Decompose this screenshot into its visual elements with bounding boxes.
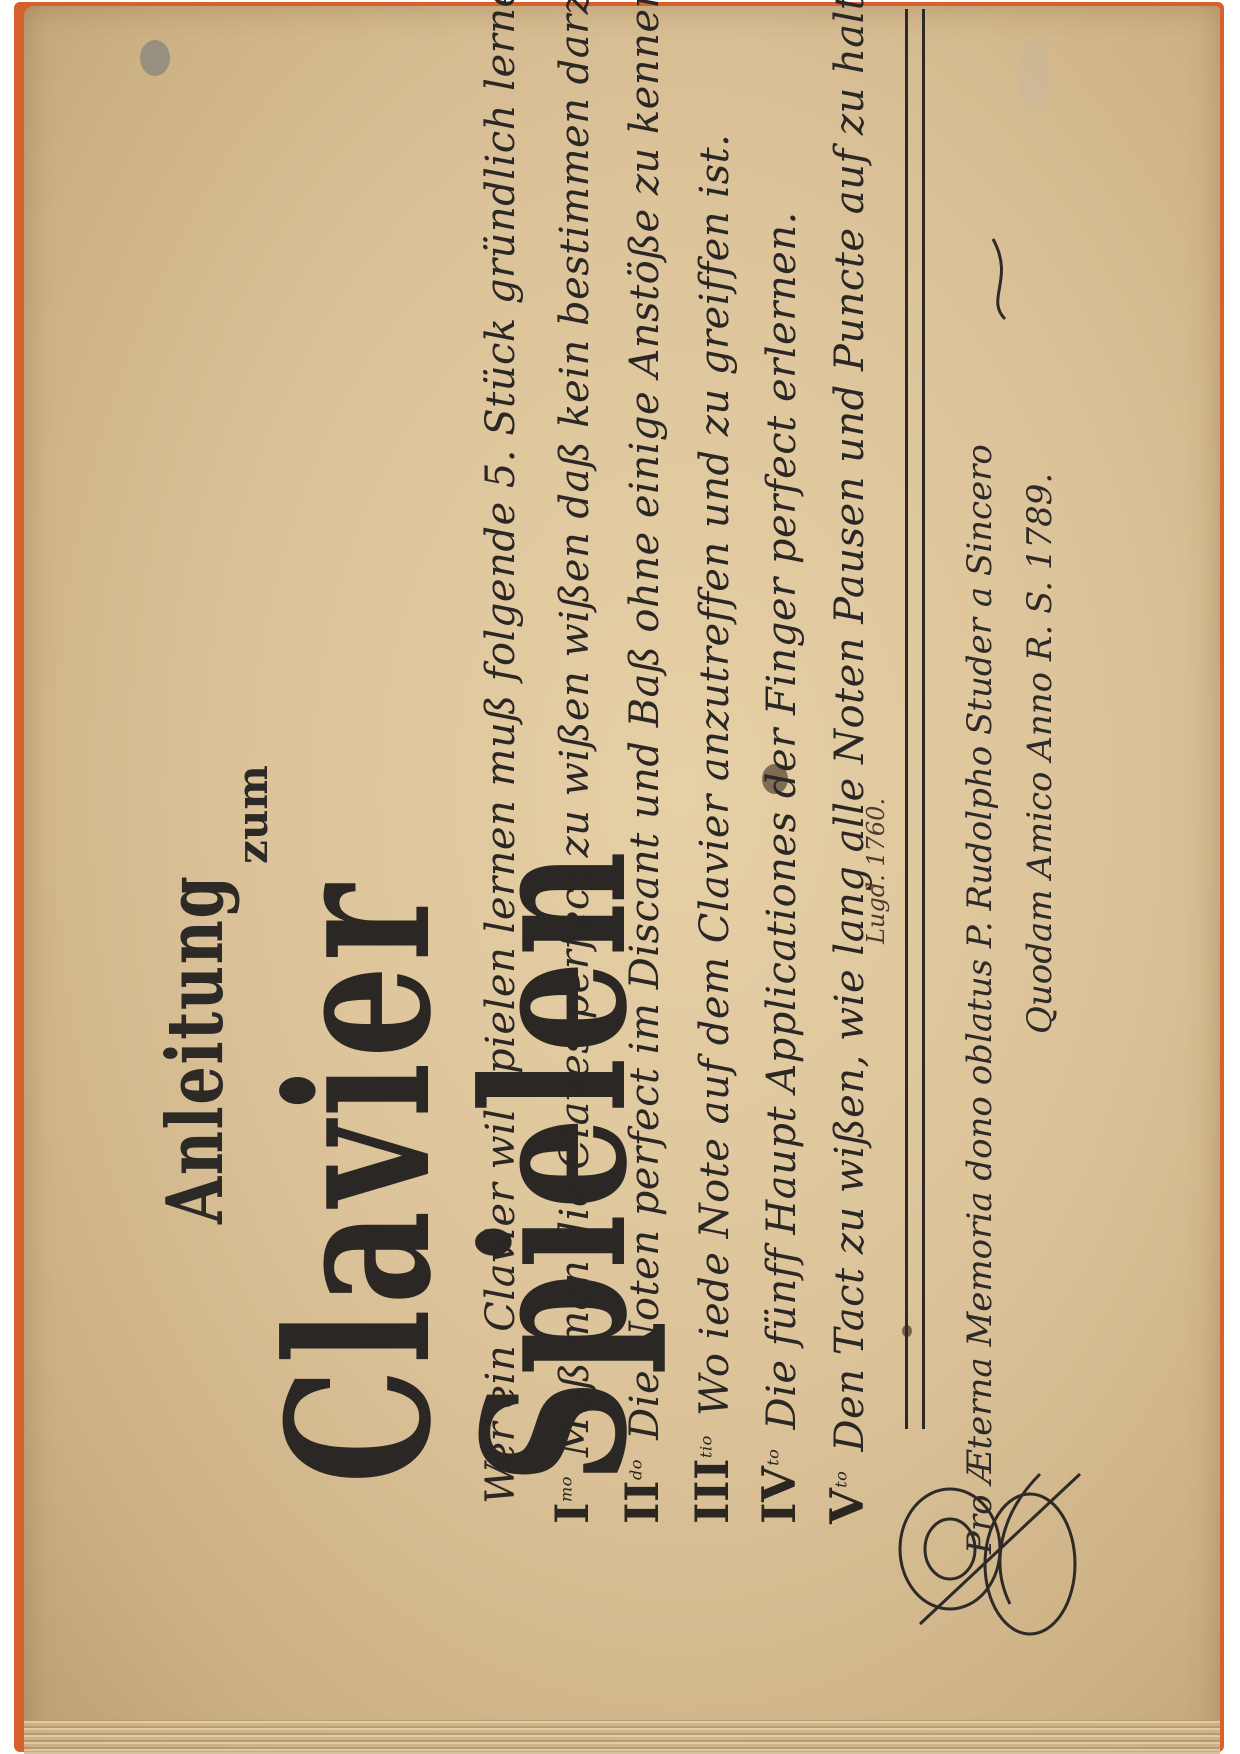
rule-numeral: IIItio xyxy=(685,1435,739,1524)
marginal-note: Lugd. 1760. xyxy=(862,798,890,944)
scanned-page: Anleitung zum Clavier Spielen Wer ein Cl… xyxy=(0,0,1240,1754)
rule-line-0: Wer ein Clavier wil spielen lernen muß f… xyxy=(478,0,524,1504)
rule-text: Den Tact zu wißen, wie lang alle Noten P… xyxy=(827,0,873,1452)
rule-numeral: IVto xyxy=(752,1449,806,1524)
rule-text: Die Noten perfect im Discant und Baß ohn… xyxy=(622,0,668,1440)
rule-text: Wer ein Clavier wil spielen lernen muß f… xyxy=(478,0,524,1504)
double-rule-bottom xyxy=(922,9,925,1429)
double-rule-top xyxy=(905,9,908,1429)
rule-line-1: Imo Muß man die Claves perfect zu wißen … xyxy=(545,0,599,1524)
title-anleitung: Anleitung xyxy=(150,874,241,1224)
rule-line-3: IIItio Wo iede Note auf dem Clavier anzu… xyxy=(685,134,739,1524)
rule-line-2: IIdo Die Noten perfect im Discant und Ba… xyxy=(615,0,669,1524)
rule-text: Wo iede Note auf dem Clavier anzutreffen… xyxy=(692,134,738,1416)
dedication-line-1: Pro Æterna Memoria dono oblatus P. Rudol… xyxy=(960,444,1000,1554)
rule-line-5: Vto Den Tact zu wißen, wie lang alle Not… xyxy=(820,0,874,1524)
rule-text: Muß man die Claves perfect zu wißen wiße… xyxy=(552,0,598,1457)
tilde-flourish-icon xyxy=(985,234,1015,324)
rule-numeral: Vto xyxy=(820,1471,874,1524)
dedication-line-2: Quodam Amico Anno R. S. 1789. xyxy=(1020,473,1060,1034)
rule-numeral: IIdo xyxy=(615,1459,669,1524)
rule-numeral: Imo xyxy=(545,1476,599,1524)
rotated-text-frame: Anleitung zum Clavier Spielen Wer ein Cl… xyxy=(0,0,1240,1754)
rule-text: Die fünff Haupt Applicationes der Finger… xyxy=(759,211,805,1429)
rule-line-4: IVto Die fünff Haupt Applicationes der F… xyxy=(752,211,806,1524)
